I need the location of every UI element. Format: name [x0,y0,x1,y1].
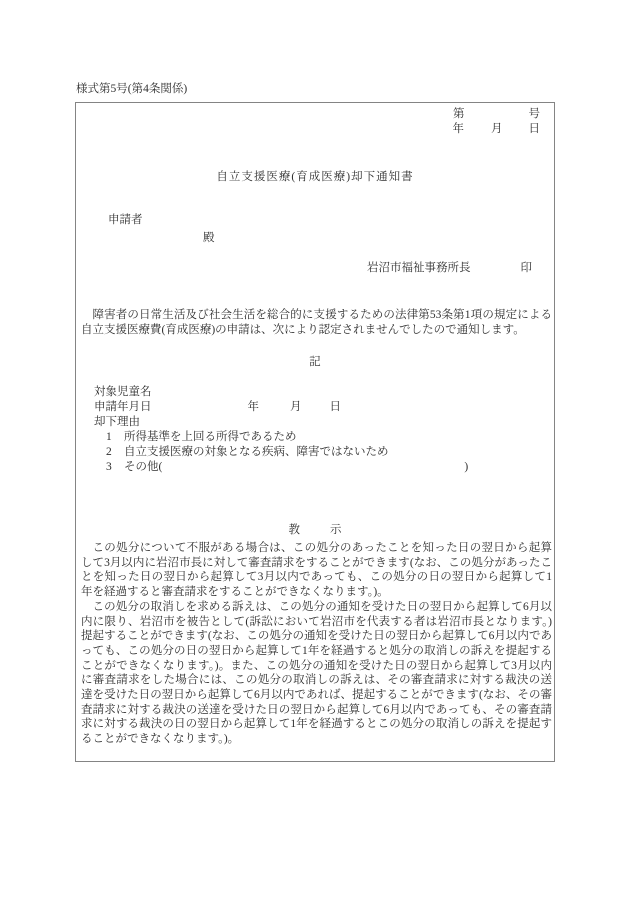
reason-number: 3 [106,460,112,475]
instruction-heading-space [300,532,330,533]
applicant-label: 申請者 [108,213,143,228]
reason-text: 自立支援医療の対象となる疾病、障害ではないため [124,446,389,458]
date-year-unit: 年 [453,123,465,135]
instruction-body: この処分について不服がある場合は、この処分のあったことを知った日の翌日から起算し… [81,541,552,747]
date-month-unit: 月 [491,123,503,135]
rejection-reason-item-1: 1所得基準を上回る所得であるため [106,430,468,445]
issuer-title: 岩沼市福祉事務所長 [367,262,471,274]
document-date-line: 年月日 [453,122,541,137]
document-border-box: 第号 年月日 自立支援医療(育成医療)却下通知書 申請者 殿 岩沼市福祉事務所長… [75,102,555,762]
issuer-blank-space [471,270,521,271]
notice-paragraph: 障害者の日常生活及び社会生活を総合的に支援するための法律第53条第1項の規定によ… [81,308,552,338]
record-heading: 記 [76,355,554,370]
other-reason-blank-space [162,469,464,470]
instruction-paragraph-2: この処分の取消しを求める訴えは、この処分の通知を受けた日の翌日から起算して6月以… [81,600,552,747]
rejection-reason-item-3: 3その他() [106,460,468,475]
instruction-paragraph-1: この処分について不服がある場合は、この処分のあったことを知った日の翌日から起算し… [81,541,552,600]
rejection-reason-item-2: 2自立支援医療の対象となる疾病、障害ではないため [106,445,468,460]
instruction-heading-first-char: 教 [289,524,301,536]
application-date-year-unit: 年 [248,401,260,413]
document-number-line: 第号 [453,107,541,122]
application-date-row: 申請年月日年月日 [94,400,468,415]
reason-number: 1 [106,430,112,445]
reason-text: 所得基準を上回る所得であるため [124,431,297,443]
document-number-date-block: 第号 年月日 [453,107,541,137]
number-prefix: 第 [453,108,465,120]
document-page: 様式第5号(第4条関係) 第号 年月日 自立支援医療(育成医療)却下通知書 申請… [0,0,630,915]
issuer-line: 岩沼市福祉事務所長印 [367,261,532,276]
child-name-label: 対象児童名 [94,385,468,400]
fields-block: 対象児童名 申請年月日年月日 却下理由 1所得基準を上回る所得であるため 2自立… [94,385,468,475]
number-suffix: 号 [529,108,541,120]
date-blank-space [503,131,529,132]
reason-text: その他( [124,461,162,473]
reason-close-paren: ) [464,461,468,473]
instruction-heading: 教示 [76,523,554,538]
number-blank-space [465,116,529,117]
rejection-reason-label: 却下理由 [94,415,468,430]
form-number-label: 様式第5号(第4条関係) [76,82,187,97]
issuer-seal-mark: 印 [521,262,533,274]
application-date-day-unit: 日 [330,401,342,413]
document-title: 自立支援医療(育成医療)却下通知書 [76,170,554,185]
applicant-honorific: 殿 [203,231,215,246]
instruction-heading-second-char: 示 [330,524,342,536]
application-date-label: 申請年月日 [94,401,152,413]
date-blank-space [464,131,491,132]
date-day-unit: 日 [529,123,541,135]
application-date-month-unit: 月 [290,401,302,413]
reason-number: 2 [106,445,112,460]
